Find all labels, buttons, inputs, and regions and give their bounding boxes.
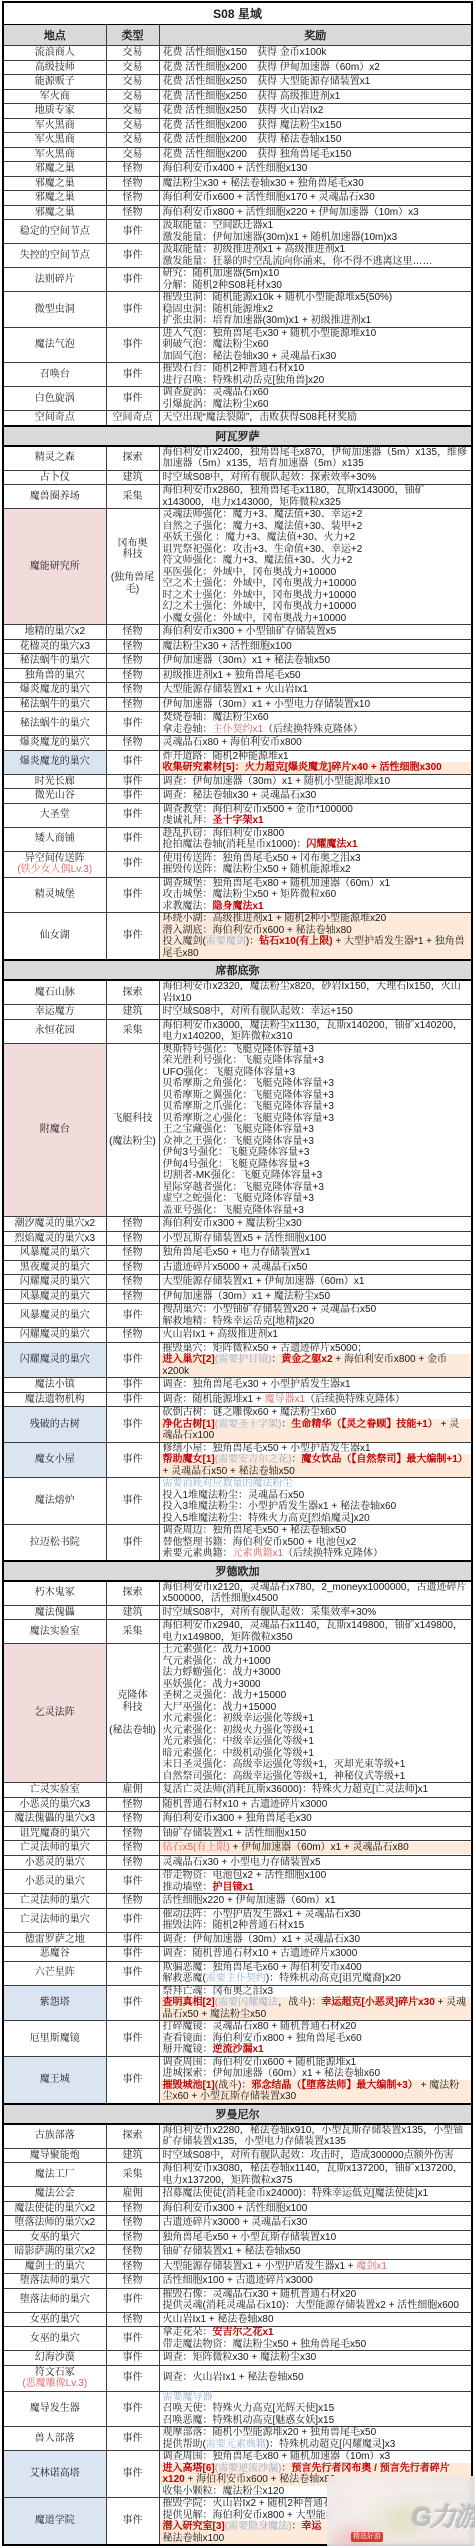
location-name: 女巫的巢穴: [6, 2314, 104, 2326]
reward-cell: 调查周边：独角兽尾毛x50 + 秘法卷轴x50替他整理书籍：海伯利安币x500 …: [159, 1525, 472, 1561]
location-cell: 闪耀魔灵的巢穴: [3, 1342, 106, 1378]
type-cell: 事件: [106, 1870, 159, 1894]
column-header-location: 地点: [3, 25, 106, 46]
type-cell: 怪物: [106, 736, 159, 751]
reward-cell: 搜刮巢穴：小型铀矿存储装置x20 + 灵魂晶石x50解救地精：特殊幸运岳克[地精…: [159, 1304, 472, 1328]
reward-cell: 大型能源存储装置x1 + 小型护盾发生器x1 + 魔剑x1: [159, 2259, 472, 2274]
location-cell: 爆炎魔龙的巢穴: [3, 750, 106, 774]
reward-cell: 摧毁石台：随机2种普通石材x10进行召唤：特殊机动岳克[独角兽]x20: [159, 363, 472, 387]
reward-text: ：: [291, 2521, 301, 2532]
location-cell: 失控的空间节点: [3, 244, 106, 268]
location-cell: 德雷罗萨之地: [3, 1932, 106, 1947]
location-name: 亡灵法师的巢穴: [6, 1895, 104, 1907]
table-row: 军火黑商交易花费 活性细胞x200 获得 秘法卷轴x150: [3, 133, 472, 148]
reward-text: 招募魔法使徒(消耗金币x24000)：特殊幸运低克[魔法使徒]x1: [163, 2188, 429, 2199]
location-name: 魔法傀儡: [6, 1607, 104, 1619]
reward-text: )：: [246, 936, 259, 947]
reward-line: 投入5堆魔法粉尘：特殊火力高克[烈焰魔灵]x20: [160, 1513, 472, 1525]
reward-line: 贝希摩斯之心强化：飞艇克隆体容量+3: [160, 1113, 472, 1125]
location-cell: 邪魔之巢: [3, 176, 106, 191]
location-cell: 爆炎魔龙的巢穴: [3, 683, 106, 698]
location-name: 空间奇点: [6, 412, 104, 424]
location-cell: 魔法使徒的巢穴x2: [3, 2201, 106, 2216]
reward-line: 摧毁虫洞：随机能源x10k + 随机小型能源堆x5(50%): [160, 292, 472, 304]
reward-text: 独角兽尾毛x50 + 电力存储装置x1: [163, 1247, 311, 1258]
location-name: 微光山谷: [6, 790, 104, 802]
location-cell: 爆炎魔龙的巢穴: [3, 736, 106, 751]
reward-text: 钻石x10(有上限): [259, 936, 332, 947]
location-cell: 魔导发生器: [3, 2391, 106, 2427]
reward-text: 海伯利安币x2400，独角兽尾毛x870，伊甸加速器（5m）x135，维修加速器…: [163, 447, 468, 470]
watermark-logo: G力游: [412, 2497, 475, 2534]
type-cell: 事件: [106, 2056, 159, 2104]
reward-line: 时空域S08中，对所有舰队起效：采集效率+30%: [160, 1607, 472, 1619]
location-cell: 法则碎片: [3, 268, 106, 292]
type-cell: 雇佣: [106, 1783, 159, 1798]
reward-cell: 修缮小屋：独角兽尾毛x50 + 小型护盾发生器x1帮助魔女[1](需要安吉尔之花…: [159, 1442, 472, 1478]
reward-text: 虔诚礼拜：: [163, 815, 213, 826]
location-cell: 暗影萨满的巢穴x2: [3, 2245, 106, 2260]
reward-text: 摧毁石台：随机2种普通石材x10: [163, 363, 305, 374]
reward-line: 活性细胞x220 + 伊甸加速器（60m）x1: [160, 1895, 472, 1907]
reward-text: 荣光胜利号强化：飞艇克隆体容量+3: [163, 1055, 324, 1066]
location-name: 流浪商人: [6, 47, 104, 59]
reward-line: 带走魔法物资：魔法粉尘x50 + 独角兽尾毛x50: [160, 2339, 472, 2351]
location-name: 秘法蜗牛的巢穴: [6, 718, 104, 730]
table-row: 召唤台事件摧毁石台：随机2种普通石材x10进行召唤：特殊机动岳克[独角兽]x20: [3, 363, 472, 387]
type-cell: 事件: [106, 1908, 159, 1932]
reward-text: 众神之王强化：飞艇克隆体容量+3: [163, 1136, 314, 1147]
reward-text: 拿走花朵：: [163, 2327, 213, 2338]
reward-line: 进入气泡：独角兽尾毛x30 + 随机小型能源堆x10: [160, 328, 472, 340]
location-cell: 高级技师: [3, 60, 106, 75]
section-header: 阿瓦罗萨: [3, 426, 472, 446]
location-cell: 幸运魔方: [3, 1005, 106, 1020]
location-cell: 小恶灵的巢穴: [3, 1855, 106, 1870]
reward-text: 进行召唤：特殊机动岳克[独角兽]x20: [163, 375, 325, 386]
type-cell: 事件: [106, 789, 159, 804]
table-row: 法则碎片事件研究：随机加速器(5m)x10分解：随机2种S08耗材x30: [3, 268, 472, 292]
reward-cell: 魔法粉尘x30 + 活性细胞x100: [159, 639, 472, 654]
reward-line: 海伯利安币x400 + 活性细胞x130: [160, 163, 472, 175]
reward-text: 提供灵魂(消耗灵魂晶石x10)：大型能源存储装置x2 + 活性细胞x600: [163, 2300, 459, 2311]
reward-line: 小魔女强化：外域中，冈布奥战力+10000: [160, 613, 472, 625]
type-cell: 怪物: [106, 1855, 159, 1870]
reward-text: （后续换特殊克隆体）: [305, 1394, 405, 1405]
reward-text: 复活亡灵法师(消耗瓦斯x36000)：特殊火力超克[亡灵法师]x1: [163, 1784, 429, 1795]
location-name: 诅咒魔裔的巢穴: [6, 1828, 104, 1840]
table-row: 花楹灵的巢穴x3怪物魔法粉尘x30 + 活性细胞x100: [3, 639, 472, 654]
type-cell: 事件: [106, 2327, 159, 2351]
location-name: 召唤台: [6, 369, 104, 381]
section-header: 罗德欧加: [3, 1561, 472, 1581]
reward-text: 查明真相[2]: [163, 1997, 215, 2008]
location-cell: 风暴魔灵的巢穴: [3, 1246, 106, 1261]
type-cell: 事件: [106, 1392, 159, 1407]
location-cell: 军火黑商: [3, 147, 106, 162]
reward-text: 小型瓦斯存储装置x5 + 活性细胞x100: [163, 1233, 327, 1244]
reward-cell: 环绕小湖：高级推进剂x1 + 随机2种小型能源堆x20潜入湖底：海伯利安币x60…: [159, 913, 472, 961]
location-cell: 秘法蜗牛的巢穴: [3, 712, 106, 736]
location-cell: 亡灵实验室: [3, 1783, 106, 1798]
table-row: 地质专家交易花费 活性细胞x250 获得 火山岩Ⅰx2: [3, 104, 472, 119]
reward-cell: 焚烧卷轴：魔法粉尘x60拿走卷轴：主仆契约x1（后续换特殊克隆体）: [159, 712, 472, 736]
reward-cell: 伊甸加速器（30m）x1 + 小型电力存储装置x10: [159, 697, 472, 712]
location-note: (铁少女人偶Lv.3): [6, 864, 104, 876]
reward-text: 天空出现“魔法裂隙”，击败获得S08耗材奖励: [163, 412, 357, 423]
type-cell: 怪物: [106, 1797, 159, 1812]
type-cell: 事件: [106, 1985, 159, 2021]
reward-text: + 海伯利安币x600 + 秘法卷轴x80: [185, 2474, 336, 2485]
reward-text: 火山岩Ⅰx1 + 高级推进剂x1: [163, 1329, 278, 1340]
reward-line: 虚空之蛇强化：飞艇克隆体容量+3: [160, 1193, 472, 1205]
location-name: 暗影萨满的巢穴x2: [6, 2246, 104, 2258]
type-cell: 交易: [106, 104, 159, 119]
reward-line: 摧毁巢穴：矩阵微粒x50 + 古遗迹碎片x5000；: [160, 1343, 472, 1355]
reward-cell: 钻石x5(有上限) + 伊甸加速器（60m）x1 + 灵魂晶石x80: [159, 1841, 472, 1856]
reward-text: 调查教堂：海伯利安币x500 + 金币*100000: [163, 804, 353, 815]
reward-text: 调查：伊甸加速器（30m）x1 + 随机小型能源堆x10: [163, 776, 391, 787]
reward-text: 引爆旋涡：魔法粉尘x60: [163, 399, 269, 410]
reward-text: 稳固虫洞：随机能源堆x2: [163, 304, 274, 315]
reward-line: 汲取能量：空间跃迁器x1: [160, 220, 472, 232]
reward-text: 扩张虫洞：培育加速器(30m)x1 + 初级推进剂x1: [163, 315, 372, 326]
reward-line: 灵魂晶石x30 + 小型电力存储装置x5: [160, 1857, 472, 1869]
table-row: 兽人部落事件观摩部落：随机小型能源堆x20 + 独角兽尾毛x50提供帮助(需要元…: [3, 2427, 472, 2451]
location-cell: 秘法蜗牛的巢穴: [3, 654, 106, 669]
reward-cell: 大型能源存储装置x1 + 伊甸加速器（60m）x1: [159, 1275, 472, 1290]
reward-text: 海伯利安币x3080，秘法卷轴x1140，瓦斯x137200，铀矿x137200…: [163, 2163, 464, 2186]
reward-cell: 花费 活性细胞x200 获得 独角兽尾毛x150: [159, 147, 472, 162]
type-cell: 怪物: [106, 697, 159, 712]
reward-line: 花费 活性细胞x200 获得 魔法粉尘x150: [160, 120, 472, 132]
reward-line: 独角兽尾毛x50 + 小型瓦斯存储装置x10: [160, 2232, 472, 2244]
reward-text: 时之术士强化：外域中，冈布奥战力+10000: [163, 590, 357, 601]
reward-text: 贝希摩斯之角强化：飞艇克隆体容量+3: [163, 1078, 334, 1089]
reward-line: 提供帮助(需要元素典籍)：特殊机动超克[闪耀魔灵]x3: [160, 2439, 472, 2451]
location-name: 邪魔之巢: [6, 207, 104, 219]
table-row: 魔石山脉探索海伯利安币x2320，魔法粉尘x820，砂岩Ⅰx150，大理石Ⅰx1…: [3, 980, 472, 1005]
reward-text: 秘法卷轴x100: [163, 2533, 225, 2544]
table-row: 厄里斯魔镜事件打碎魔镜：灵魂晶石x80 + 随机普通石材x20查看镜面：海伯利安…: [3, 2021, 472, 2057]
reward-cell: 铀矿存储装置x1 + 活性细胞x150: [159, 1826, 472, 1841]
reward-line: 火山岩Ⅰx1 + 高级推进剂x1: [160, 1329, 472, 1341]
reward-text: 进入气泡：独角兽尾毛x30 + 随机小型能源堆x10: [163, 328, 377, 339]
location-name: 闪耀魔灵的巢穴: [6, 1329, 104, 1341]
table-row: 古族部落探索海伯利安币x2280，秘法卷轴x910，小型瓦斯存储装置x135，小…: [3, 2124, 472, 2149]
location-name: 古族部落: [6, 2130, 104, 2142]
location-name: 亡灵实验室: [6, 1784, 104, 1796]
reward-line: 贝希摩斯之翼强化：飞艇克隆体容量+3: [160, 1090, 472, 1102]
reward-text: 伊甸4号强化：飞艇克隆体容量+3: [163, 1159, 310, 1170]
reward-text: 观摩部落：随机小型能源堆x20 + 独角兽尾毛x50: [163, 2427, 377, 2438]
reward-text: 进入巢穴[2]: [163, 1354, 215, 1365]
reward-text: 盖亚号强化：飞艇克隆体容量+3: [163, 1205, 304, 1216]
type-cell: 采集: [106, 1019, 159, 1043]
reward-cell: 铀矿存储装置x1 + 秘法卷轴x50: [159, 2245, 472, 2260]
reward-line: UFO强化：飞艇克隆体容量+3: [160, 1067, 472, 1079]
type-cell: 怪物: [106, 2230, 159, 2245]
location-cell: 小恶灵的巢穴x3: [3, 1797, 106, 1812]
table-row: 小恶灵的巢穴事件带走物资：电池包x2 + 活性细胞x100推动墙壁：护目镜x1: [3, 1870, 472, 1894]
table-row: 魔兽圈养场采集海伯利安币x2860，独角兽尾毛x1180，瓦斯x143000，铀…: [3, 485, 472, 509]
reward-text: 火山岩Ⅰx1 + 秘法卷轴x80: [163, 2314, 274, 2325]
reward-cell: 海伯利安币x300 + 活性细胞x100: [159, 2201, 472, 2216]
reward-line: 海伯利安币x300 + 小型铀矿存储装置x5: [160, 626, 472, 638]
reward-text: 摧毁学院：火山岩Ⅰx2 + 随机2种普通石材: [163, 2498, 343, 2509]
reward-line: 修缮小屋：独角兽尾毛x50 + 小型护盾发生器x1: [160, 1443, 472, 1455]
reward-text: 潜入湖底：海伯利安币x600 + 秘法卷轴x80: [163, 925, 352, 936]
reward-line: 大型能源存储装置x1 + 伊甸加速器（60m）x1: [160, 1276, 472, 1288]
location-cell: 永恒花园: [3, 1019, 106, 1043]
reward-cell: 摧毁石像：灵魂晶石x30 + 随机普通石材x20提供灵魂(消耗灵魂晶石x10)：…: [159, 2288, 472, 2312]
table-row: 六芒星阵事件欺骗恶魔：独角兽尾毛x60 + 海伯利安币x400解救恶魔(需要主仆…: [3, 1961, 472, 1985]
reward-line: 幻之术士强化：外域中，冈布奥战力+10000: [160, 601, 472, 613]
reward-cell: 伊甸加速器（30m）x1 + 魔法粉尘x50: [159, 1289, 472, 1304]
location-name: 秘法蜗牛的巢穴: [6, 699, 104, 711]
reward-text: 拿走卷轴：: [163, 724, 213, 735]
reward-line: 进行召唤：特殊机动岳克[独角兽]x20: [160, 375, 472, 387]
reward-cell: 时空域S08中，对所有舰队起效：攻击时，造成300000点额外伤害: [159, 2148, 472, 2163]
type-cell: 交易: [106, 133, 159, 148]
reward-line: 调查周围：独角兽尾毛x80 + 随机加速器（10m）x3: [160, 2451, 472, 2463]
reward-cell: 活性细胞x100 + 古遗迹碎片x3000: [159, 2274, 472, 2289]
location-name: 闪耀魔灵的巢穴: [6, 1354, 104, 1366]
reward-line: 带走物资：电池包x2 + 活性细胞x100: [160, 1870, 472, 1882]
reward-cell: 拿走花朵：安吉尔之花x1带走魔法物资：魔法粉尘x50 + 独角兽尾毛x50: [159, 2327, 472, 2351]
reward-cell: 海伯利安币x300 + 魔法粉尘x30: [159, 1217, 472, 1232]
reward-cell: 魔法粉尘x30 + 秘法卷轴x30 + 独角兽尾毛x30: [159, 176, 472, 191]
reward-line: 巫妖王强化 ：魔力+3、魔法值+30、火力+2: [160, 532, 472, 544]
section-header-row: 罗德欧加: [3, 1561, 472, 1581]
reward-text: 调查旋涡：灵魂晶石x60: [163, 387, 269, 398]
reward-line: 潜入湖底：海伯利安币x600 + 秘法卷轴x80: [160, 925, 472, 937]
reward-text: 调查周边：独角兽尾毛x50 + 秘法卷轴x50: [163, 1525, 347, 1536]
table-row: 秘法蜗牛的巢穴事件焚烧卷轴：魔法粉尘x60拿走卷轴：主仆契约x1（后续换特殊克隆…: [3, 712, 472, 736]
location-cell: 亡灵法师的巢穴: [3, 1841, 106, 1856]
reward-cell: 海伯利安币x2400，独角兽尾毛x870，伊甸加速器（5m）x135，维修加速器…: [159, 446, 472, 471]
location-cell: 魔导聚能炮: [3, 2148, 106, 2163]
table-row: 失控的空间节点事件汲取能量：初级推进剂x1 + 高级推进剂x1激发能量：狂暴的时…: [3, 244, 472, 268]
reward-cell: 海伯利安币x3080，秘法卷轴x1140，瓦斯x137200，铀矿x137200…: [159, 2163, 472, 2187]
reward-text: 活性细胞x220 + 伊甸加速器（60m）x1: [163, 1895, 336, 1906]
reward-text: 末日圣灵强化：高级幸运强化等级+1，灭却光束等级+1: [163, 1759, 406, 1770]
reward-line: 求教魔法：隐身魔法x1: [160, 901, 472, 913]
reward-text: 收集研究素材[5]：火力超克[爆炎魔龙]碎片x40 + 活性细胞x300: [163, 762, 442, 773]
table-row: 魔法小镇事件调查：独角兽尾毛x30 + 小型护盾发生器x1: [3, 1378, 472, 1393]
reward-text: 魔法粉尘x30 + 秘法卷轴x30 + 独角兽尾毛x30: [163, 178, 364, 189]
reward-text: 星际穿越者强化：飞艇克隆体容量+3: [163, 1182, 324, 1193]
location-cell: 紫怨塔: [3, 1985, 106, 2021]
reward-line: 调查教堂：海伯利安币x500 + 金币*100000: [160, 804, 472, 816]
reward-text: 调查：独角兽尾毛x30 + 小型护盾发生器x1: [163, 1379, 351, 1390]
type-cell: 事件: [106, 2451, 159, 2498]
location-name: 法则碎片: [6, 274, 104, 286]
reward-line: 初级推进剂x1 + 独角兽尾毛x50: [160, 670, 472, 682]
watermark: G力游 精选好游: [327, 2476, 475, 2546]
type-cell: 事件: [106, 2391, 159, 2427]
type-cell: 探索: [106, 1581, 159, 1606]
reward-text: 光元素强化：中级幸运强化等级+1: [163, 1736, 314, 1747]
table-row: 小恶灵的巢穴x3怪物随机普通石材x10 + 古遗迹碎片x3000: [3, 1797, 472, 1812]
location-cell: 精灵之森: [3, 446, 106, 471]
reward-line: 花费 活性细胞x250 获得 大型能源存储装置x1: [160, 76, 472, 88]
reward-line: 魔法粉尘x30 + 活性细胞x100: [160, 641, 472, 653]
location-cell: 邪魔之巢: [3, 162, 106, 177]
reward-cell: 独角兽尾毛x50 + 小型瓦斯存储装置x10: [159, 2230, 472, 2245]
reward-line: 研究：随机加速器(5m)x10: [160, 268, 472, 280]
table-row: 魔法实验室采集海伯利安币x2940，灵魂晶石x1140，瓦斯x149800，铀矿…: [3, 1620, 472, 1644]
location-cell: 流浪商人: [3, 46, 106, 61]
table-row: 风暴魔灵的巢穴怪物伊甸加速器（30m）x1 + 魔法粉尘x50: [3, 1289, 472, 1304]
table-row: 闪耀魔灵的巢穴怪物火山岩Ⅰx1 + 高级推进剂x1: [3, 1328, 472, 1343]
reward-text: 邪念结晶（【堕落法师】最大编制+3）: [251, 2080, 417, 2091]
reward-text: 摧毁巢穴：矩阵微粒x50 + 古遗迹碎片x5000；: [163, 1343, 368, 1354]
table-row: 魔法气泡事件进入气泡：独角兽尾毛x30 + 随机小型能源堆x10刺破气泡：魔法粉…: [3, 327, 472, 363]
reward-text: 需要元素典籍: [206, 2439, 266, 2450]
reward-text: 花费 活性细胞x200 获得 魔法粉尘x150: [163, 120, 342, 131]
reward-line: 进入巢穴[2](需要护目镜)：黄金之躯x2 + 海伯利安币x800 + 金币x2…: [160, 1354, 472, 1377]
reward-cell: 花费 活性细胞x150 获得 金币x100k: [159, 46, 472, 61]
reward-text: 安吉尔之花x1: [213, 2327, 274, 2338]
location-name: 堕落法师的巢穴: [6, 2275, 104, 2287]
reward-line: 调查：伊甸加速器（30m）x1 + 随机小型能源堆x10: [160, 776, 472, 788]
reward-cell: 打碎魔镜：灵魂晶石x80 + 随机普通石材x20查看镜面：海伯利安币x800 +…: [159, 2021, 472, 2057]
reward-line: 欺骗恶魔：独角兽尾毛x60 + 海伯利安币x400: [160, 1962, 472, 1974]
reward-cell: 汲取能量：初级推进剂x1 + 高级推进剂x1激发能量：狂暴的时空乱流向你涌来，你…: [159, 244, 472, 268]
reward-cell: 调查：伊甸加速器（30m）x1 + 随机小型能源堆x10: [159, 774, 472, 789]
reward-cell: 时空域S08中，对所有舰队起效：幸运+150: [159, 1005, 472, 1020]
location-name: 魔法使徒的巢穴x2: [6, 2203, 104, 2215]
reward-line: 伊甸4号强化：飞艇克隆体容量+3: [160, 1159, 472, 1171]
reward-line: 海伯利安币x800 + 活性细胞x220 + 伊甸加速器（10m）x3: [160, 207, 472, 219]
section-header-row: 席都底弥: [3, 960, 472, 980]
reward-cell: 海伯利安币x2280，秘法卷轴x910，小型瓦斯存储装置x135，小型铀矿存储装…: [159, 2124, 472, 2149]
reward-line: 进城探索：伊甸加速器（60m）x1 + 秘法卷轴x60: [160, 2068, 472, 2080]
reward-text: 海伯利安币x400 + 活性细胞x130: [163, 163, 308, 174]
type-cell: 采集: [106, 2163, 159, 2187]
location-name: 烈焰魔灵的巢穴x3: [6, 1233, 104, 1245]
location-name: 风暴魔灵的巢穴: [6, 1291, 104, 1303]
type-cell: 事件: [106, 913, 159, 961]
reward-text: 花费 活性细胞x200 获得 秘法卷轴x150: [163, 134, 342, 145]
reward-line: 时空域S08中，对所有舰队起效：攻击时，造成300000点额外伤害: [160, 2150, 472, 2162]
location-name: 永恒花园: [6, 1025, 104, 1037]
table-row: 附魔台飞艇科技 (魔法粉尘)奥斯特号强化：飞艇克隆体容量+3荣光胜利号强化：飞艇…: [3, 1043, 472, 1217]
table-row: 风暴魔灵的巢穴事件搜刮巢穴：小型铀矿存储装置x20 + 灵魂晶石x50解救地精：…: [3, 1304, 472, 1328]
reward-text: 召唤恶魔：特殊机动高克[魅惑女妖]x15: [163, 2415, 335, 2426]
location-cell: 拉迈松书院: [3, 1525, 106, 1561]
type-cell: 空间奇点: [106, 411, 159, 426]
table-row: 仙女湖事件环绕小湖：高级推进剂x1 + 随机2种小型能源堆x20潜入湖底：海伯利…: [3, 913, 472, 961]
reward-text: 古遗迹碎片x3000 + 灵魂晶石x30: [163, 2217, 308, 2228]
location-name: 邪魔之巢: [6, 163, 104, 175]
type-cell: 怪物: [106, 2245, 159, 2260]
location-name: 幻海沙漠: [6, 2352, 104, 2364]
table-row: 亡灵实验室雇佣复活亡灵法师(消耗瓦斯x36000)：特殊火力超克[亡灵法师]x1: [3, 1783, 472, 1798]
reward-cell: 古遗迹碎片x5000 + 灵魂晶石x50: [159, 1260, 472, 1275]
reward-line: 激发能量：伊甸加速器(30m)x1 + 随机加速器(10m)x3: [160, 232, 472, 244]
location-cell: 地质专家: [3, 104, 106, 119]
reward-text: 海伯利安币x2940，灵魂晶石x1140，瓦斯x149800，铀矿x149800…: [163, 1620, 464, 1643]
reward-text: 元素典籍x1: [233, 1548, 284, 1559]
reward-text: + 灵魂晶石x50 + 秘法卷轴x50: [163, 1466, 295, 1477]
reward-text: 巫医强化：外域中，冈布奥战力+10000: [163, 567, 337, 578]
reward-cell: 海伯利安币x600 + 活性细胞x170 + 灵魂晶石x30: [159, 191, 472, 206]
reward-line: 贝希摩斯之爪强化：飞艇克隆体容量+3: [160, 1101, 472, 1113]
reward-text: 伊甸加速器（30m）x1 + 魔法粉尘x50: [163, 1291, 331, 1302]
reward-line: 圣树之灵强化：战力+15000: [160, 1690, 472, 1702]
reward-text: 火元素强化：初级火力强化等级+1: [163, 1725, 314, 1736]
type-cell: 探索: [106, 446, 159, 471]
location-cell: 女巫的巢穴: [3, 2327, 106, 2351]
reward-text: 幸运: [301, 2521, 321, 2532]
reward-text: 圣十字架x1: [213, 815, 264, 826]
reward-cell: 海伯利安币x800 + 活性细胞x220 + 伊甸加速器（10m）x3: [159, 205, 472, 220]
reward-text: ：: [271, 1354, 281, 1365]
location-name: 堕落法师的巢穴: [6, 2294, 104, 2306]
location-cell: 魔法傀儡: [3, 1605, 106, 1620]
reward-text: 王之宝藏强化：飞艇克隆体容量+3: [163, 1124, 314, 1135]
reward-cell: 带走物资：电池包x2 + 活性细胞x100推动墙壁：护目镜x1: [159, 1870, 472, 1894]
reward-cell: 时空域S08中，对所有舰队起效：采集效率+30%: [159, 1605, 472, 1620]
reward-text: 索要元素典籍：: [163, 1548, 233, 1559]
location-name: 魔道学院: [6, 2515, 104, 2527]
table-row: 女巫的巢穴怪物独角兽尾毛x50 + 小型瓦斯存储装置x10: [3, 2230, 472, 2245]
table-row: 暗影萨满的巢穴x2怪物铀矿存储装置x1 + 秘法卷轴x50: [3, 2245, 472, 2260]
reward-line: 刺破气泡：魔法粉尘x60: [160, 339, 472, 351]
type-cell: 事件: [106, 1304, 159, 1328]
reward-line: 解救恶魔(需要主仆契约)：特殊机动高克[诅咒魔裔]x20: [160, 1973, 472, 1985]
reward-text: 调查：火山岩Ⅰx1 + 秘法卷轴x50: [163, 2372, 304, 2383]
reward-text: 暗元素强化：中级机动强化等级+1: [163, 1748, 314, 1759]
location-cell: 魔道学院: [3, 2498, 106, 2546]
table-row: 诅咒魔裔的巢穴怪物铀矿存储装置x1 + 活性细胞x150: [3, 1826, 472, 1841]
reward-text: 伊甸加速器（30m）x1 + 小型电力存储装置x10: [163, 699, 371, 710]
location-cell: 古族部落: [3, 2124, 106, 2149]
reward-line: 海伯利安币x300 + 魔法粉尘x30: [160, 1218, 472, 1230]
location-name: 异空间传送阵: [6, 853, 104, 865]
location-name: 大圣堂: [6, 809, 104, 821]
reward-text: 水元素强化：初级幸运强化等级+1: [163, 1713, 314, 1724]
reward-line: 调查：随机普通石材x10 + 古遗迹碎片x3000: [160, 1948, 472, 1960]
location-cell: 魔法工厂: [3, 2163, 106, 2187]
reward-line: 花费 活性细胞x150 获得 金币x100k: [160, 47, 472, 59]
reward-text: 海伯利安币x300 + 独角兽尾毛x30: [163, 1813, 312, 1824]
table-row: 地精的巢穴x2怪物海伯利安币x300 + 小型铀矿存储装置x5: [3, 625, 472, 640]
table-row: 烈焰魔灵的巢穴x3怪物小型瓦斯存储装置x5 + 活性细胞x100: [3, 1231, 472, 1246]
reward-cell: 天空出现“魔法裂隙”，击败获得S08耗材奖励: [159, 411, 472, 426]
reward-text: 提供帮助(: [163, 2439, 206, 2450]
location-cell: 艾林诺高塔: [3, 2451, 106, 2498]
reward-text: 调查周围：海伯利安币x600 + 随机能源堆x1: [163, 2057, 357, 2068]
table-row: 幻海沙漠事件调查：矩阵微粒x30 + 魔法粉尘x30: [3, 2351, 472, 2366]
table-row: 独角兽的巢穴怪物初级推进剂x1 + 独角兽尾毛x50: [3, 668, 472, 683]
reward-text: 灵魂法师强化：魔力+3、魔法值+30、幸运+2: [163, 509, 363, 520]
location-cell: 潮汐魔灵的巢穴x2: [3, 1217, 106, 1232]
reward-line: 海伯利安币x2940，灵魂晶石x1140，瓦斯x149800，铀矿x149800…: [160, 1620, 472, 1643]
location-cell: 亡灵法师的巢穴: [3, 1894, 106, 1909]
reward-line: 时空域S08中，对所有舰队起效：探索效率+30%: [160, 472, 472, 484]
reward-line: 贝希摩斯之角强化：飞艇克隆体容量+3: [160, 1078, 472, 1090]
reward-cell: 炸开道路：随机2种能源堆x1收集研究素材[5]：火力超克[爆炎魔龙]碎片x40 …: [159, 750, 472, 774]
type-cell: 事件: [106, 1478, 159, 1525]
reward-line: 铀矿存储装置x1 + 秘法卷轴x50: [160, 2246, 472, 2258]
location-name: 朽木鬼冢: [6, 1587, 104, 1599]
reward-text: 投入5堆魔法粉尘：特殊火力高克[烈焰魔灵]x20: [163, 1513, 370, 1524]
location-name: 德雷罗萨之地: [6, 1934, 104, 1946]
reward-text: 需要消耗对应数量的魔法粉尘: [163, 1478, 293, 1489]
